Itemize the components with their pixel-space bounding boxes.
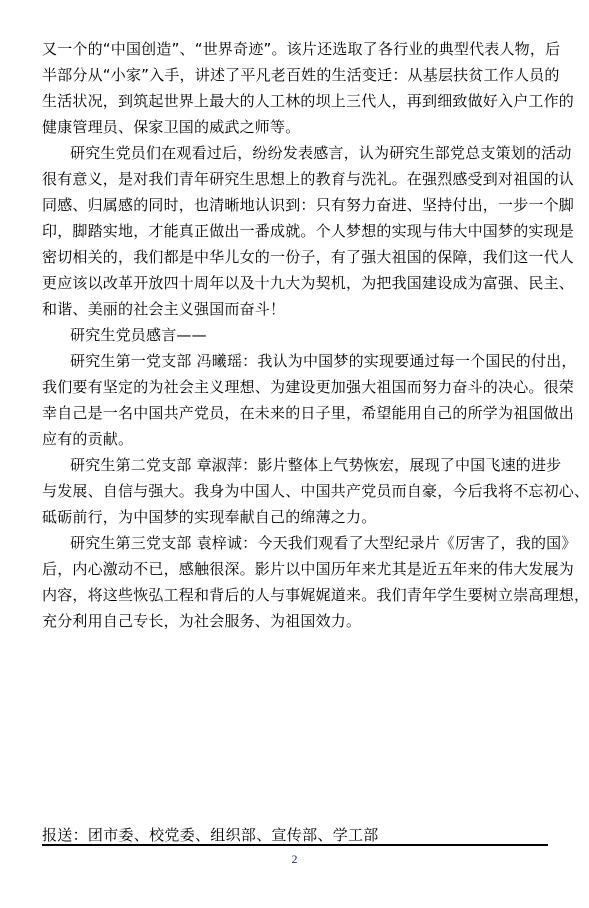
document-page: 又一个的“中国创造”、“世界奇迹”。该片还选取了各行业的典型代表人物，后半部分从… xyxy=(0,0,589,908)
paragraph: 研究生第二党支部 章淑萍：影片整体上气势恢宏，展现了中国飞速的进步与发展、自信与… xyxy=(42,452,552,530)
paragraph: 研究生第一党支部 冯曦瑶：我认为中国梦的实现要通过每一个国民的付出，我们要有坚定… xyxy=(42,348,552,452)
distribution-list: 报送：团市委、校党委、组织部、宣传部、学工部 xyxy=(42,826,379,844)
text-line: 幸自己是一名中国共产党员，在未来的日子里，希望能用自己的所学为祖国做出 xyxy=(42,400,552,426)
text-line: 印，脚踏实地，才能真正做出一番成就。个人梦想的实现与伟大中国梦的实现是 xyxy=(42,218,552,244)
text-line: 更应该以改革开放四十周年以及十九大为契机，为把我国建设成为富强、民主、 xyxy=(42,270,552,296)
text-line: 健康管理员、保家卫国的威武之师等。 xyxy=(42,114,552,140)
text-line: 研究生党员感言—— xyxy=(42,322,552,348)
text-line: 内容，将这些恢弘工程和背后的人与事娓娓道来。我们青年学生要树立崇高理想， xyxy=(42,582,552,608)
text-line: 生活状况，到筑起世界上最大的人工林的坝上三代人，再到细致做好入户工作的 xyxy=(42,88,552,114)
text-line: 研究生第三党支部 袁梓诚：今天我们观看了大型纪录片《厉害了，我的国》 xyxy=(42,530,552,556)
paragraph: 研究生党员感言—— xyxy=(42,322,552,348)
paragraph: 又一个的“中国创造”、“世界奇迹”。该片还选取了各行业的典型代表人物，后半部分从… xyxy=(42,36,552,140)
text-line: 研究生党员们在观看过后，纷纷发表感言，认为研究生部党总支策划的活动 xyxy=(42,140,552,166)
paragraph: 研究生党员们在观看过后，纷纷发表感言，认为研究生部党总支策划的活动很有意义，是对… xyxy=(42,140,552,322)
document-body: 又一个的“中国创造”、“世界奇迹”。该片还选取了各行业的典型代表人物，后半部分从… xyxy=(42,36,552,634)
text-line: 研究生第一党支部 冯曦瑶：我认为中国梦的实现要通过每一个国民的付出， xyxy=(42,348,552,374)
text-line: 后，内心激动不已，感触很深。影片以中国历年来尤其是近五年来的伟大发展为 xyxy=(42,556,552,582)
footer-divider xyxy=(42,844,548,846)
text-line: 应有的贡献。 xyxy=(42,426,552,452)
text-line: 充分利用自己专长，为社会服务、为祖国效力。 xyxy=(42,608,552,634)
paragraph: 研究生第三党支部 袁梓诚：今天我们观看了大型纪录片《厉害了，我的国》后，内心激动… xyxy=(42,530,552,634)
text-line: 研究生第二党支部 章淑萍：影片整体上气势恢宏，展现了中国飞速的进步 xyxy=(42,452,552,478)
text-line: 半部分从“小家”入手，讲述了平凡老百姓的生活变迁：从基层扶贫工作人员的 xyxy=(42,62,552,88)
text-line: 和谐、美丽的社会主义强国而奋斗！ xyxy=(42,296,552,322)
page-number: 2 xyxy=(0,852,589,867)
text-line: 与发展、自信与强大。我身为中国人、中国共产党员而自豪，今后我将不忘初心、 xyxy=(42,478,552,504)
text-line: 很有意义，是对我们青年研究生思想上的教育与洗礼。在强烈感受到对祖国的认 xyxy=(42,166,552,192)
text-line: 又一个的“中国创造”、“世界奇迹”。该片还选取了各行业的典型代表人物，后 xyxy=(42,36,552,62)
text-line: 密切相关的，我们都是中华儿女的一份子，有了强大祖国的保障，我们这一代人 xyxy=(42,244,552,270)
text-line: 我们要有坚定的为社会主义理想、为建设更加强大祖国而努力奋斗的决心。很荣 xyxy=(42,374,552,400)
text-line: 砥砺前行，为中国梦的实现奉献自己的绵薄之力。 xyxy=(42,504,552,530)
text-line: 同感、归属感的同时，也清晰地认识到：只有努力奋进、坚持付出，一步一个脚 xyxy=(42,192,552,218)
